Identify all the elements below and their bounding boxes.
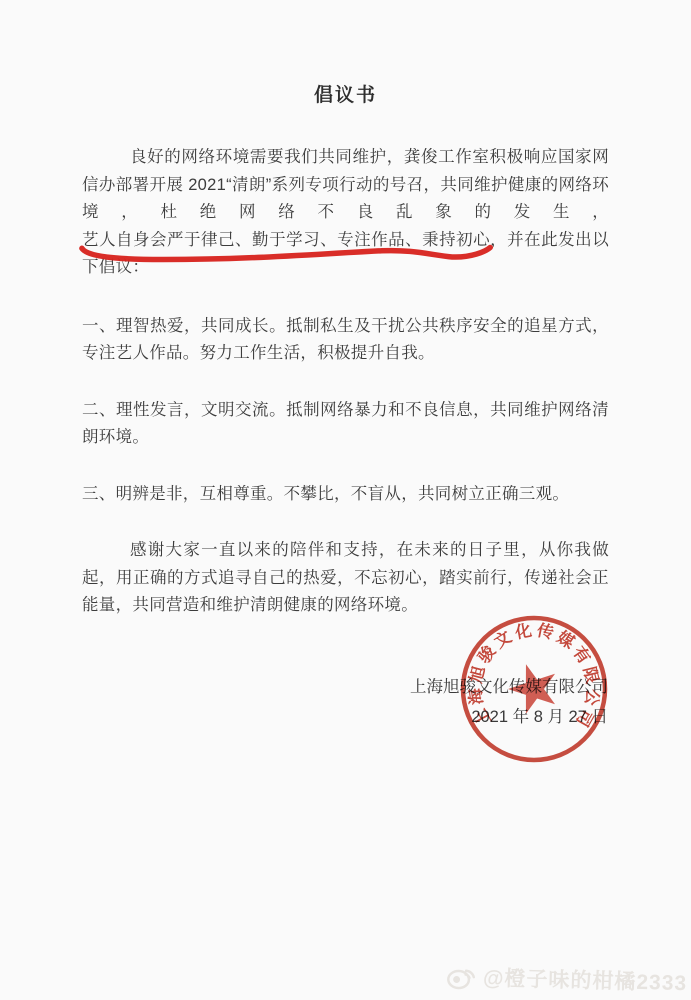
underlined-text: 艺人自身会严于律己、勤于学习、专注作品、秉持初心 xyxy=(82,231,490,249)
document-page: 倡议书 良好的网络环境需要我们共同维护，龚俊工作室积极响应国家网信办部署开展 2… xyxy=(0,0,691,1000)
document-body: 良好的网络环境需要我们共同维护，龚俊工作室积极响应国家网信办部署开展 2021“… xyxy=(82,144,609,620)
watermark: @橙子味的柑橘2333 xyxy=(445,961,687,997)
weibo-logo-icon xyxy=(445,962,478,991)
initiative-item-3: 三、明辨是非，互相尊重。不攀比，不盲从，共同树立正确三观。 xyxy=(82,481,609,509)
document-title: 倡议书 xyxy=(0,80,691,107)
underlined-phrase: 艺人自身会严于律己、勤于学习、专注作品、秉持初心 xyxy=(82,231,490,249)
intro-text-pre: 良好的网络环境需要我们共同维护，龚俊工作室积极响应国家网信办部署开展 2021“… xyxy=(82,148,609,221)
initiative-item-1: 一、理智热爱，共同成长。抵制私生及干扰公共秩序安全的追星方式，专注艺人作品。努力… xyxy=(82,313,609,368)
initiative-item-2: 二、理性发言，文明交流。抵制网络暴力和不良信息，共同维护网络清朗环境。 xyxy=(82,397,609,452)
intro-paragraph: 良好的网络环境需要我们共同维护，龚俊工作室积极响应国家网信办部署开展 2021“… xyxy=(82,144,609,282)
watermark-text: @橙子味的柑橘2333 xyxy=(482,962,687,997)
closing-paragraph: 感谢大家一直以来的陪伴和支持，在未来的日子里，从你我做起，用正确的方式追寻自己的… xyxy=(82,537,609,620)
company-seal-stamp: 上海旭骏文化传媒有限公司 xyxy=(454,609,614,769)
star-icon xyxy=(502,657,564,717)
